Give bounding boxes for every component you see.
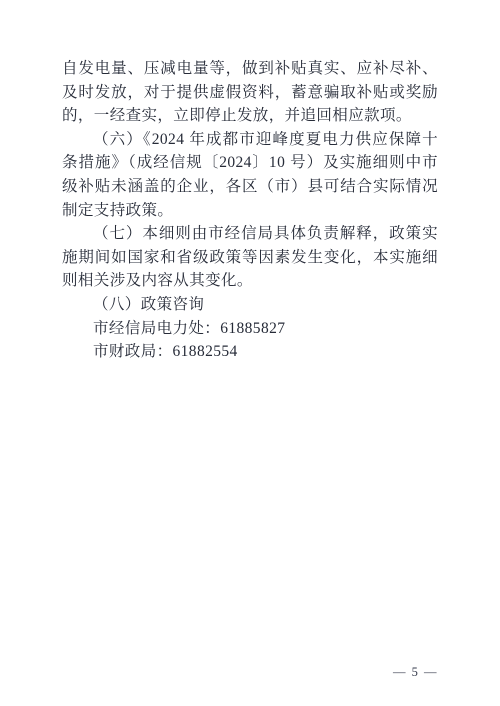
document-body: 自发电量、压减电量等，做到补贴真实、应补尽补、及时发放，对于提供虚假资料，蓄意骗… <box>62 57 438 364</box>
paragraph: 市经信局电力处：61885827 <box>62 317 438 341</box>
paragraph: 自发电量、压减电量等，做到补贴真实、应补尽补、及时发放，对于提供虚假资料，蓄意骗… <box>62 57 438 128</box>
paragraph: （七）本细则由市经信局具体负责解释，政策实施期间如国家和省级政策等因素发生变化，… <box>62 222 438 293</box>
page-number: — 5 — <box>393 665 438 680</box>
paragraph: （八）政策咨询 <box>62 293 438 317</box>
paragraph: （六）《2024 年成都市迎峰度夏电力供应保障十条措施》（成经信规〔2024〕1… <box>62 128 438 222</box>
paragraph: 市财政局：61882554 <box>62 340 438 364</box>
document-page: 自发电量、压减电量等，做到补贴真实、应补尽补、及时发放，对于提供虚假资料，蓄意骗… <box>0 0 500 706</box>
